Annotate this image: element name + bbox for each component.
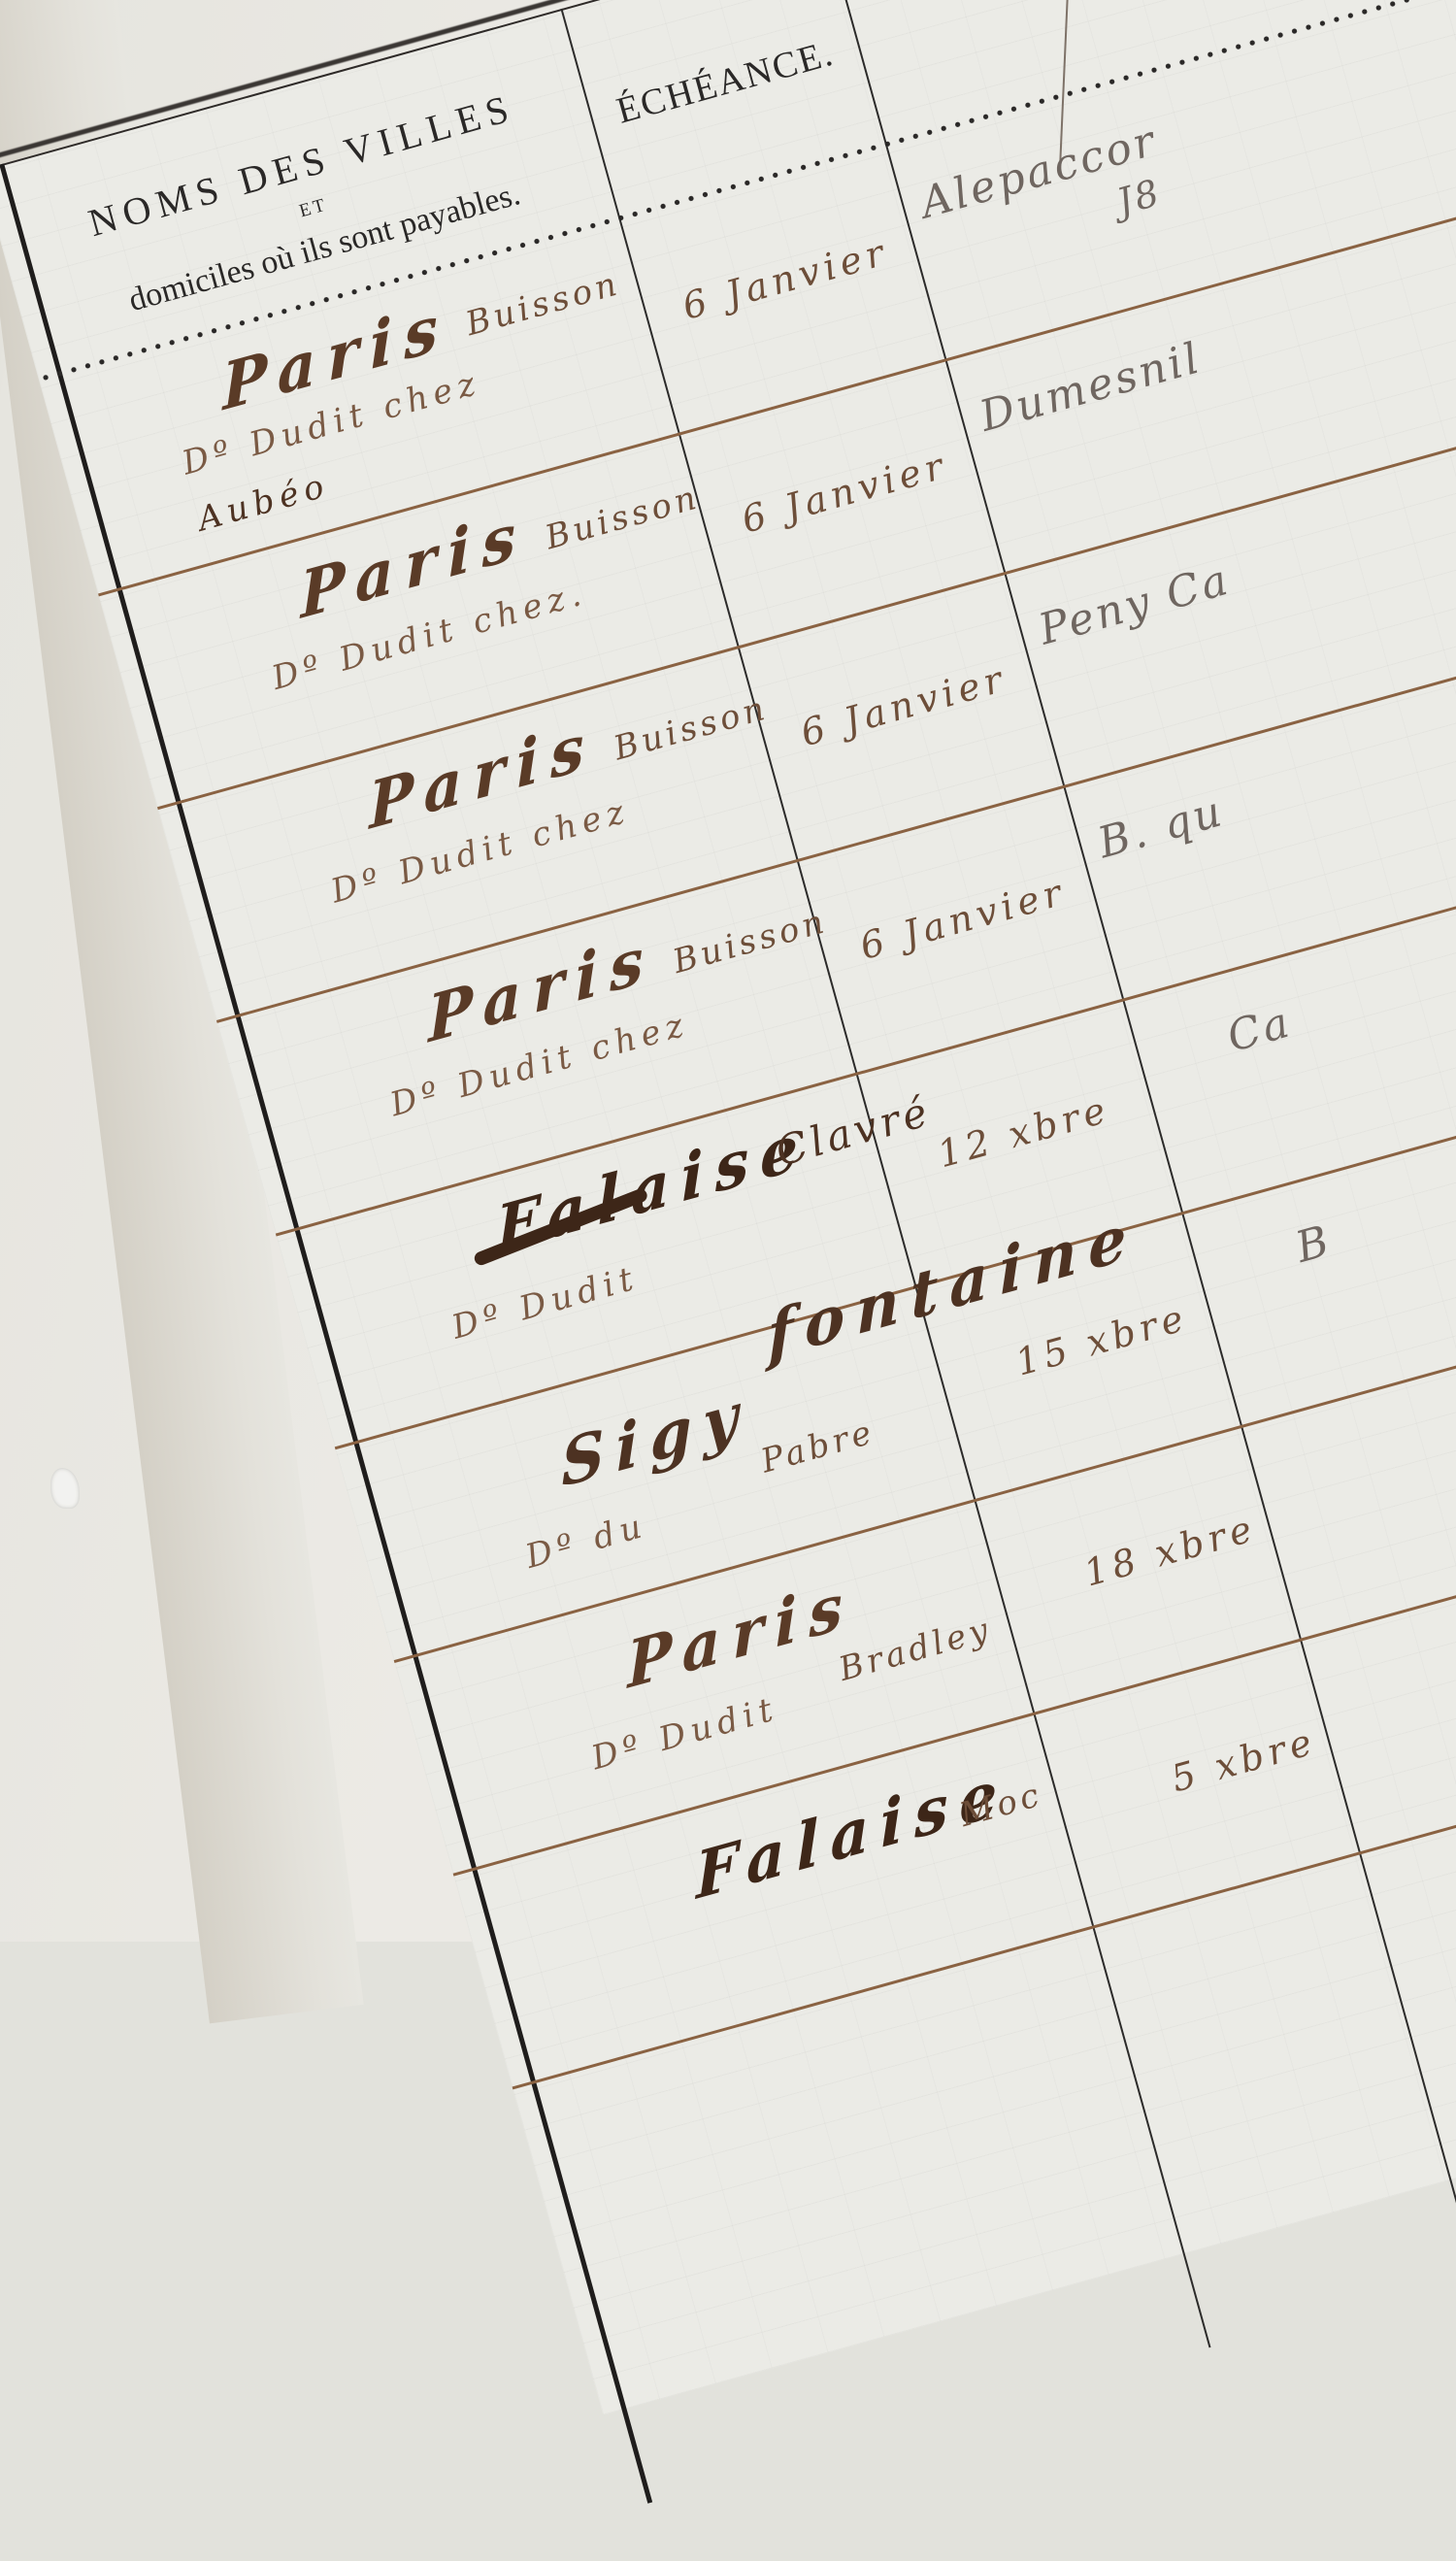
banker-name: Buisson xyxy=(610,688,773,768)
banker-name: Buisson xyxy=(541,478,704,557)
domicile-text: Dº Dudit xyxy=(447,1258,643,1347)
domicile-text: Dº du xyxy=(521,1506,651,1577)
city-name: Sigy xyxy=(560,1376,749,1503)
domicile-text: Dº Dudit xyxy=(587,1689,782,1778)
negociated-note: J8 xyxy=(1112,171,1167,224)
due-date: 5 xbre xyxy=(1167,1719,1321,1800)
banker-name: Buisson xyxy=(462,264,625,344)
header-negocie-sub: à xyxy=(847,0,1324,32)
negociated-to: B. qu xyxy=(1093,786,1230,868)
photo-background: NOMS DES VILLES ET domiciles où ils sont… xyxy=(0,0,1456,1942)
due-date: 6 Janvier xyxy=(737,444,952,542)
due-date: 18 xbre xyxy=(1079,1507,1261,1595)
paper-tear xyxy=(50,1468,80,1509)
negociated-to: B xyxy=(1291,1215,1338,1273)
banker-name: Pabre xyxy=(757,1413,879,1481)
due-date: 12 xbre xyxy=(933,1087,1114,1176)
negociated-to: Ca xyxy=(1222,997,1297,1062)
negociated-to: Peny Ca xyxy=(1034,555,1236,655)
due-date: 6 Janvier xyxy=(678,230,893,328)
negociated-to: Dumesnil xyxy=(975,333,1208,442)
due-date: 6 Janvier xyxy=(855,870,1071,968)
banker-name: Bradley xyxy=(835,1610,996,1689)
banker-name: Buisson xyxy=(669,902,832,981)
due-date: 6 Janvier xyxy=(796,657,1011,755)
due-date: 15 xbre xyxy=(1011,1296,1193,1384)
extra-note: Aubéo xyxy=(193,466,333,540)
header-echeance-title: ÉCHÉANCE. xyxy=(587,25,863,140)
banker-name: Clavré xyxy=(771,1087,936,1176)
